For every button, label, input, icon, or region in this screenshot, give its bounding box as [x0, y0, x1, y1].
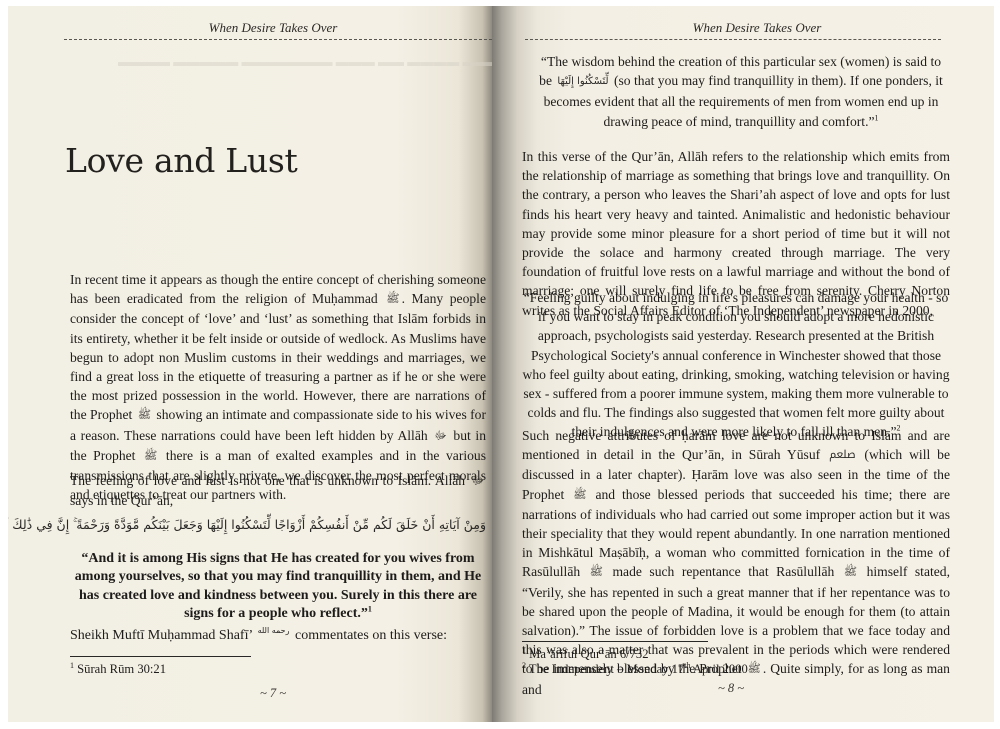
footnote-rule	[522, 641, 708, 642]
page-number: ~ 7 ~	[260, 686, 286, 701]
header-rule	[64, 39, 492, 40]
right-page: When Desire Takes Over “The wisdom behin…	[492, 6, 994, 722]
running-header: When Desire Takes Over	[592, 20, 922, 36]
page-number: ~ 8 ~	[718, 681, 744, 696]
chapter-title: Love and Lust	[65, 141, 297, 180]
mercy-honorific-icon: رحمه الله	[258, 621, 290, 640]
footnote: 2 The Independent – Monday 17th April 20…	[522, 662, 748, 677]
left-page: When Desire Takes Over ▬▬ ▬▬▬ ▬▬▬ ▬▬▬▬ ▬…	[8, 6, 492, 722]
salutation-icon: ﷺ	[573, 485, 586, 504]
commentary-quote: “The wisdom behind the creation of this …	[536, 52, 946, 131]
salutation-icon: ﷺ	[138, 405, 151, 424]
peace-honorific-icon: ﷵ	[829, 445, 855, 464]
arabic-phrase: لِّتَسْكُنُوا إِلَيْهَا	[557, 72, 608, 91]
commentary-intro: Sheikh Muftī Muḥammad Shafī’ رحمه الله c…	[70, 626, 486, 646]
body-paragraph: The feeling of love and lust is not one …	[70, 471, 486, 510]
footnote: 1 Sūrah Rūm 30:21	[70, 662, 166, 677]
verse-translation: “And it is among His signs that He has c…	[70, 550, 486, 624]
newspaper-quote: “Feeling guilty about indulging in life'…	[522, 288, 950, 442]
salutation-icon: ﷺ	[144, 446, 157, 465]
footnote-rule	[70, 656, 251, 657]
salutation-icon: ﷺ	[590, 562, 603, 581]
glorification-icon: ﷻ	[434, 426, 446, 445]
body-paragraph: In recent time it appears as though the …	[70, 270, 486, 504]
salutation-icon: ﷺ	[748, 659, 761, 678]
arabic-verse: وَمِنْ آيَاتِهِ أَنْ خَلَقَ لَكُم مِّنْ …	[70, 517, 486, 533]
book-spread: When Desire Takes Over ▬▬ ▬▬▬ ▬▬▬ ▬▬▬▬ ▬…	[8, 6, 994, 722]
footnote: 1 Ma’āriful Qur’ān 6/732	[522, 647, 649, 662]
running-header: When Desire Takes Over	[70, 20, 476, 36]
glorification-icon: ﷻ	[472, 471, 484, 490]
header-rule	[525, 39, 941, 40]
salutation-icon: ﷺ	[844, 562, 857, 581]
salutation-icon: ﷺ	[386, 289, 399, 308]
